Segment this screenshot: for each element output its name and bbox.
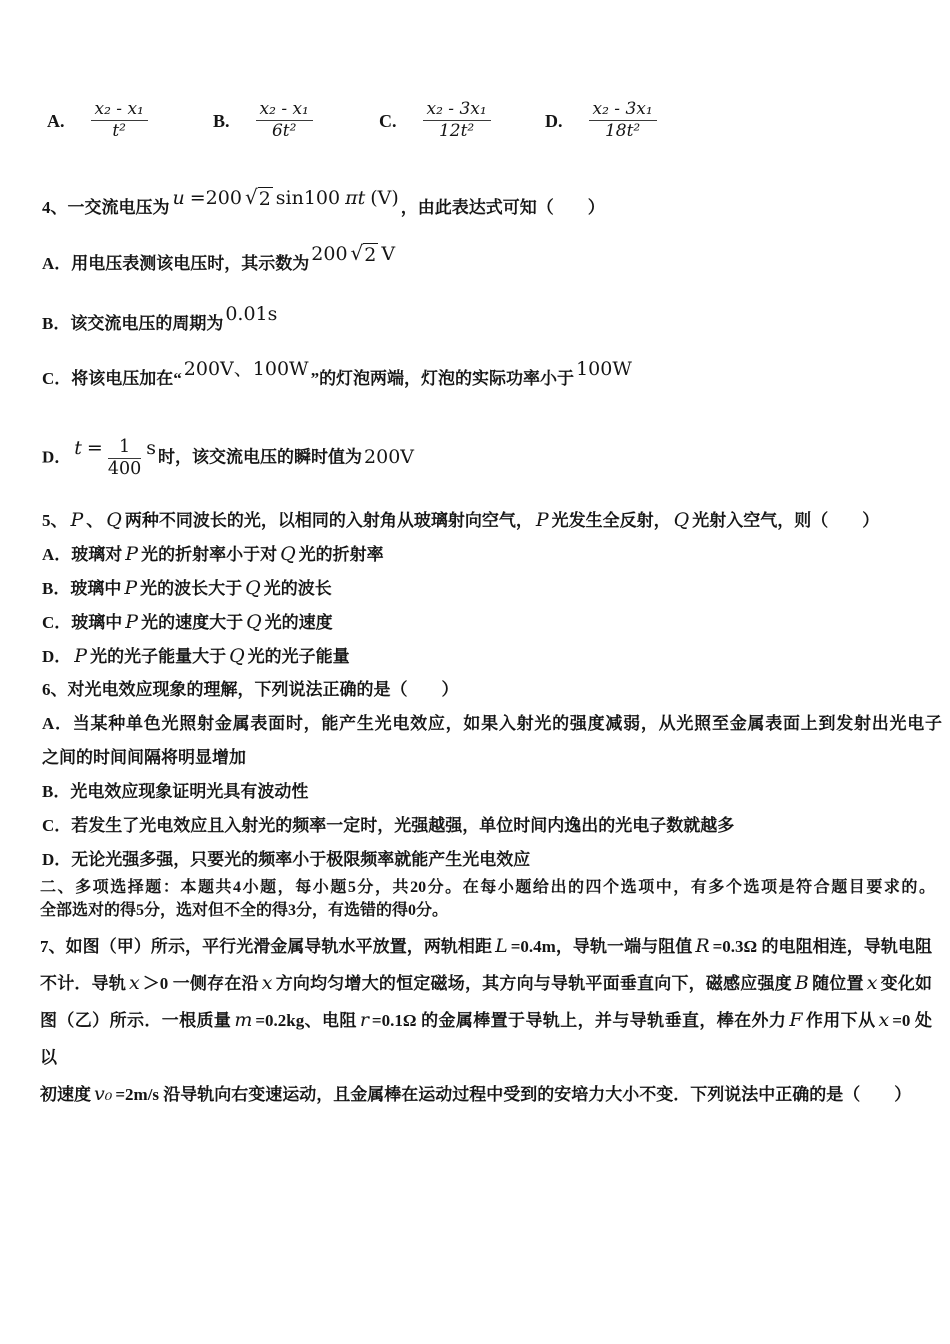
questions-5-6-block: 5、P、Q两种不同波长的光，以相同的入射角从玻璃射向空气，P光发生全反射，Q光射… — [42, 503, 942, 877]
question-5-option-a: A．玻璃对P光的折射率小于对Q光的折射率 — [42, 537, 942, 571]
question-7-line-3: 图（乙）所示．一根质量m=0.2kg、电阻r=0.1Ω 的金属棒置于导轨上，并与… — [40, 1002, 932, 1076]
option-c-fraction: x₂ - 3x₁12t² — [423, 100, 491, 140]
question-6-option-d: D．无论光强多强，只要光的频率小于极限频率就能产生光电效应 — [42, 843, 942, 877]
section-2-instructions: 二、多项选择题：本题共4小题，每小题5分，共20分。在每小题给出的四个选项中，有… — [40, 877, 935, 922]
option-c-label: C. — [379, 109, 397, 140]
option-a-label: A. — [47, 109, 65, 140]
question-4-option-d: D．t=1400s时，该交流电压的瞬时值为200V — [42, 438, 416, 480]
question-3-options-row: A. x₂ - x₁t² B. x₂ - x₁6t² C. x₂ - 3x₁12… — [47, 100, 711, 140]
option-d-fraction: x₂ - 3x₁18t² — [589, 100, 657, 140]
question-5-option-d: D．P光的光子能量大于Q光的光子能量 — [42, 639, 942, 673]
option-b-fraction-choice: B. x₂ - x₁6t² — [213, 100, 379, 140]
question-4-stem: 4、一交流电压为u=200√2sin100πt(V)，由此表达式可知（ ） — [42, 195, 605, 221]
question-5-option-c: C．玻璃中P光的速度大于Q光的速度 — [42, 605, 942, 639]
option-a-fraction-choice: A. x₂ - x₁t² — [47, 100, 213, 140]
question-5-stem: 5、P、Q两种不同波长的光，以相同的入射角从玻璃射向空气，P光发生全反射，Q光射… — [42, 503, 942, 537]
option-d-label: D. — [545, 109, 563, 140]
question-6-option-c: C．若发生了光电效应且入射光的频率一定时，光强越强，单位时间内逸出的光电子数就越… — [42, 809, 942, 843]
question-4-option-c: C．将该电压加在“200V、100W”的灯泡两端，灯泡的实际功率小于100W — [42, 366, 634, 392]
option-a-fraction: x₂ - x₁t² — [91, 100, 148, 140]
section-2-instructions-line-1: 二、多项选择题：本题共4小题，每小题5分，共20分。在每小题给出的四个选项中，有… — [40, 877, 935, 900]
section-2-instructions-line-2: 全部选对的得5分，选对但不全的得3分，有选错的得0分。 — [40, 900, 935, 923]
question-4-option-a: A．用电压表测该电压时，其示数为200√2V — [42, 251, 397, 277]
question-7-stem: 7、如图（甲）所示，平行光滑金属导轨水平放置，两轨相距L=0.4m，导轨一端与阻… — [40, 928, 932, 1113]
question-6-option-b: B．光电效应现象证明光具有波动性 — [42, 775, 942, 809]
question-6-stem: 6、对光电效应现象的理解，下列说法正确的是（ ） — [42, 673, 942, 707]
option-c-fraction-choice: C. x₂ - 3x₁12t² — [379, 100, 545, 140]
question-4-option-b: B．该交流电压的周期为0.01s — [42, 311, 279, 337]
option-b-fraction: x₂ - x₁6t² — [256, 100, 313, 140]
question-5-option-b: B．玻璃中P光的波长大于Q光的波长 — [42, 571, 942, 605]
exam-document-page: A. x₂ - x₁t² B. x₂ - x₁6t² C. x₂ - 3x₁12… — [0, 0, 950, 1344]
question-6-option-a-line-1: A．当某种单色光照射金属表面时，能产生光电效应，如果入射光的强度减弱，从光照至金… — [42, 707, 942, 741]
question-6-option-a-line-2: 之间的时间间隔将明显增加 — [42, 741, 942, 775]
option-b-label: B. — [213, 109, 230, 140]
question-7-line-4: 初速度v₀=2m/s 沿导轨向右变速运动，且金属棒在运动过程中受到的安培力大小不… — [40, 1076, 932, 1113]
option-d-fraction-choice: D. x₂ - 3x₁18t² — [545, 100, 711, 140]
question-7-line-2: 不计．导轨x＞0 一侧存在沿x方向均匀增大的恒定磁场，其方向与导轨平面垂直向下，… — [40, 965, 932, 1002]
question-7-line-1: 7、如图（甲）所示，平行光滑金属导轨水平放置，两轨相距L=0.4m，导轨一端与阻… — [40, 928, 932, 965]
